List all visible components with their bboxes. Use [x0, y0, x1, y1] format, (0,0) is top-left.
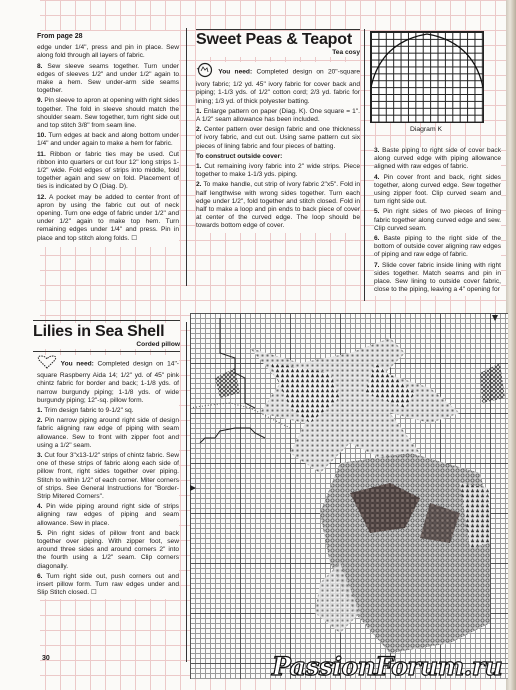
you-need-paragraph: You need: Completed design on 20"-square… — [196, 62, 360, 106]
page-number: 30 — [42, 655, 50, 662]
step-item: 7. Slide cover fabric inside lining with… — [374, 262, 501, 295]
section-rule — [196, 29, 360, 30]
step-item: 6. Turn right side out, push corners out… — [37, 573, 179, 598]
heart-cross-stitch-icon — [37, 355, 57, 372]
step-item: 3. Cut four 3"x13-1/2" strips of chintz … — [37, 452, 179, 501]
step-item: 6. Baste piping to the right side of the… — [374, 235, 501, 260]
step-item: 4. Pin wide piping around right side of … — [37, 503, 179, 528]
you-need-paragraph: You need: Completed design on 14"-square… — [37, 355, 179, 405]
column-divider — [186, 28, 187, 286]
construct-heading: To construct outside cover: — [196, 153, 360, 161]
step-item: 2. To make handle, cut strip of ivory fa… — [196, 181, 360, 230]
sweet-peas-header: Sweet Peas & Teapot Tea cosy — [196, 31, 360, 57]
chart-motif — [190, 313, 508, 679]
column-divider — [186, 322, 187, 662]
section-rule — [33, 320, 180, 321]
step-item: 8. Sew sleeve seams together. Turn under… — [37, 63, 179, 96]
sweet-peas-instructions: You need: Completed design on 20"-square… — [196, 62, 360, 233]
diagram-k-grid — [370, 31, 484, 123]
diagram-label: Diagram K — [370, 126, 482, 133]
step-item: 1. Cut remaining ivory fabric into 2" wi… — [196, 163, 360, 179]
section-title: Lilies in Sea Shell — [33, 323, 180, 341]
continued-text: edge under 1/4", press and pin in place.… — [37, 44, 179, 60]
lilies-section: Lilies in Sea Shell Corded pillow — [33, 323, 180, 349]
watermark-text: PassionForum.ru — [272, 652, 502, 681]
section-title: Sweet Peas & Teapot — [196, 31, 360, 49]
step-item: 12. A pocket may be added to center fron… — [37, 194, 179, 243]
step-item: 1. Trim design fabric to 9-1/2" sq. — [37, 407, 179, 415]
step-item: 10. Turn edges at back and along bottom … — [37, 132, 179, 148]
cross-stitch-chart — [190, 313, 508, 679]
column-divider — [364, 29, 365, 301]
teapot-circle-icon — [196, 62, 214, 81]
step-item: 5. Pin right sides of pillow front and b… — [37, 530, 179, 571]
lilies-instructions: You need: Completed design on 14"-square… — [37, 355, 179, 599]
step-item: 2. Center pattern over design fabric and… — [196, 126, 360, 151]
step-item: 9. Pin sleeve to apron at opening with r… — [37, 97, 179, 130]
section-rule — [33, 351, 180, 352]
step-item: 11. Ribbon or fabric ties may be used. C… — [37, 151, 179, 192]
step-item: 1. Enlarge pattern on paper (Diag. K). O… — [196, 108, 360, 124]
step-item: 5. Pin right sides of two pieces of lini… — [374, 208, 501, 233]
step-item: 4. Pin cover front and back, right sides… — [374, 174, 501, 207]
left-column-continued: From page 28 edge under 1/4", press and … — [37, 31, 179, 247]
sweet-peas-continued: 3. Baste piping to right side of cover b… — [374, 147, 501, 296]
section-subtitle: Corded pillow — [33, 341, 180, 349]
step-item: 3. Baste piping to right side of cover b… — [374, 147, 501, 172]
diagram-k-curve — [371, 32, 483, 122]
step-item: 2. Pin narrow piping around right side o… — [37, 417, 179, 450]
section-subtitle: Tea cosy — [196, 49, 360, 57]
from-page-label: From page 28 — [37, 33, 179, 41]
